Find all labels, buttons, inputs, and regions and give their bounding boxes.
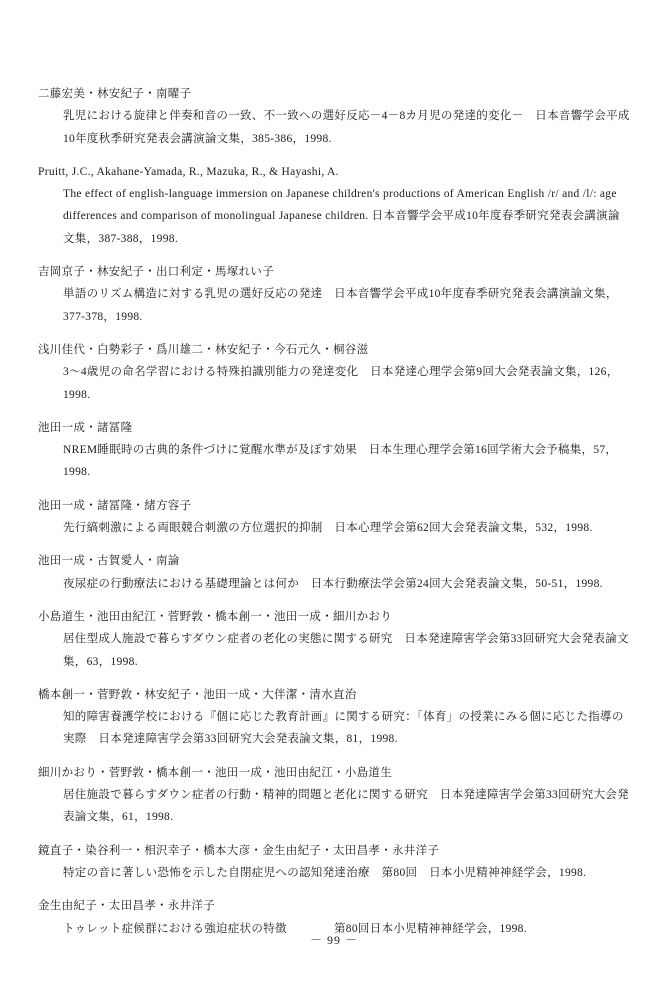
entry-authors: 浅川佳代・白勢彩子・爲川雄二・林安紀子・今石元久・桐谷滋 (38, 339, 630, 361)
entry-authors: 二藤宏美・林安紀子・南曜子 (38, 83, 630, 105)
entry-body: 先行縞刺激による両眼競合刺激の方位選択的抑制 日本心理学会第62回大会発表論文集… (63, 517, 630, 539)
entry-body: 知的障害養護学校における『個に応じた教育計画』に関する研究：「体育」の授業にみる… (63, 706, 630, 751)
reference-entry: 池田一成・諸冨隆 NREM睡眠時の古典的条件づけに覚醒水準が及ぼす効果 日本生理… (38, 417, 630, 484)
entry-body: 居住施設で暮らすダウン症者の行動・精神的問題と老化に関する研究 日本発達障害学会… (63, 784, 630, 829)
document-page: 二藤宏美・林安紀子・南曜子 乳児における旋律と伴奏和音の一致、不一致への選好反応… (38, 83, 630, 951)
entry-authors: 吉岡京子・林安紀子・出口利定・馬塚れい子 (38, 261, 630, 283)
entry-body: 居住型成人施設で暮らすダウン症者の老化の実態に関する研究 日本発達障害学会第33… (63, 628, 630, 673)
entry-authors: 金生由紀子・太田昌孝・永井洋子 (38, 895, 630, 917)
reference-entry: 二藤宏美・林安紀子・南曜子 乳児における旋律と伴奏和音の一致、不一致への選好反応… (38, 83, 630, 150)
reference-entry: 池田一成・諸冨隆・緒方容子 先行縞刺激による両眼競合刺激の方位選択的抑制 日本心… (38, 495, 630, 540)
reference-entry: 小島道生・池田由紀江・菅野敦・橋本創一・池田一成・細川かおり 居住型成人施設で暮… (38, 606, 630, 673)
entry-authors: 池田一成・諸冨隆・緒方容子 (38, 495, 630, 517)
entry-body: The effect of english-language immersion… (63, 183, 630, 250)
entry-authors: Pruitt, J.C., Akahane-Yamada, R., Mazuka… (38, 161, 630, 183)
page-number: － 99 － (0, 931, 668, 948)
entry-authors: 池田一成・古賀愛人・南論 (38, 550, 630, 572)
entry-body: 乳児における旋律と伴奏和音の一致、不一致への選好反応－4－8カ月児の発達的変化－… (63, 105, 630, 150)
reference-entry: 鏡直子・染谷利一・相沢幸子・橋本大彦・金生由紀子・太田昌孝・永井洋子 特定の音に… (38, 840, 630, 885)
entry-authors: 鏡直子・染谷利一・相沢幸子・橋本大彦・金生由紀子・太田昌孝・永井洋子 (38, 840, 630, 862)
reference-entry: 浅川佳代・白勢彩子・爲川雄二・林安紀子・今石元久・桐谷滋 3～4歳児の命名学習に… (38, 339, 630, 406)
entry-body: 夜尿症の行動療法における基礎理論とは何か 日本行動療法学会第24回大会発表論文集… (63, 573, 630, 595)
reference-entry: 池田一成・古賀愛人・南論 夜尿症の行動療法における基礎理論とは何か 日本行動療法… (38, 550, 630, 595)
entry-authors: 細川かおり・菅野敦・橋本創一・池田一成・池田由紀江・小島道生 (38, 762, 630, 784)
entry-body: 3～4歳児の命名学習における特殊拍識別能力の発達変化 日本発達心理学会第9回大会… (63, 361, 630, 406)
reference-entry: 細川かおり・菅野敦・橋本創一・池田一成・池田由紀江・小島道生 居住施設で暮らすダ… (38, 762, 630, 829)
reference-entry: Pruitt, J.C., Akahane-Yamada, R., Mazuka… (38, 161, 630, 250)
reference-entry: 吉岡京子・林安紀子・出口利定・馬塚れい子 単語のリズム構造に対する乳児の選好反応… (38, 261, 630, 328)
entry-authors: 橋本創一・菅野敦・林安紀子・池田一成・大伴潔・清水直治 (38, 684, 630, 706)
reference-entry: 橋本創一・菅野敦・林安紀子・池田一成・大伴潔・清水直治 知的障害養護学校における… (38, 684, 630, 751)
entry-authors: 小島道生・池田由紀江・菅野敦・橋本創一・池田一成・細川かおり (38, 606, 630, 628)
entry-authors: 池田一成・諸冨隆 (38, 417, 630, 439)
entry-body: NREM睡眠時の古典的条件づけに覚醒水準が及ぼす効果 日本生理心理学会第16回学… (63, 439, 630, 484)
entry-body: 特定の音に著しい恐怖を示した自閉症児への認知発達治療 第80回 日本小児精神神経… (63, 862, 630, 884)
entry-body: 単語のリズム構造に対する乳児の選好反応の発達 日本音響学会平成10年度春季研究発… (63, 283, 630, 328)
